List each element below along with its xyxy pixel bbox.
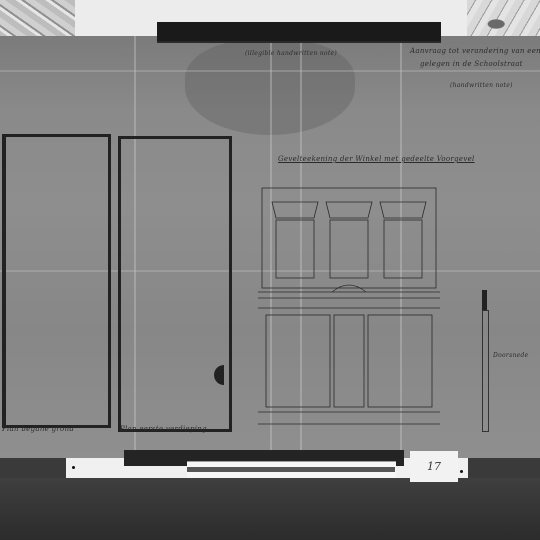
section-detail bbox=[482, 290, 487, 310]
facade-title: Gevelteekening der Winkel met gedeelte V… bbox=[278, 155, 475, 163]
section-column bbox=[482, 310, 489, 432]
annotation-line1: Aanvraag tot verandering van een Winkelp… bbox=[410, 47, 540, 55]
annotation-line3: (handwritten note) bbox=[450, 82, 513, 89]
pin bbox=[460, 470, 463, 473]
section-caption: Doorsnede bbox=[493, 352, 529, 359]
background-map-left bbox=[0, 0, 75, 38]
annotation-line2: gelegen in de Schoolstraat bbox=[420, 60, 523, 68]
top-weight-bar bbox=[157, 22, 441, 43]
floor-plan-right bbox=[118, 136, 232, 432]
background-map-right bbox=[467, 0, 540, 40]
pin bbox=[72, 466, 75, 469]
facade-elevation bbox=[258, 180, 440, 430]
floor-plan-left bbox=[2, 134, 111, 428]
plan-right-caption: Plan eerste verdieping bbox=[120, 425, 207, 433]
fold-line bbox=[0, 70, 540, 72]
plan-left-caption: Plan begane grond bbox=[2, 425, 74, 433]
table-surface bbox=[0, 478, 540, 540]
annotation-top-center: (illegible handwritten note) bbox=[245, 50, 337, 57]
number-card: 17 bbox=[410, 451, 458, 482]
ruler-stripe bbox=[187, 467, 395, 472]
